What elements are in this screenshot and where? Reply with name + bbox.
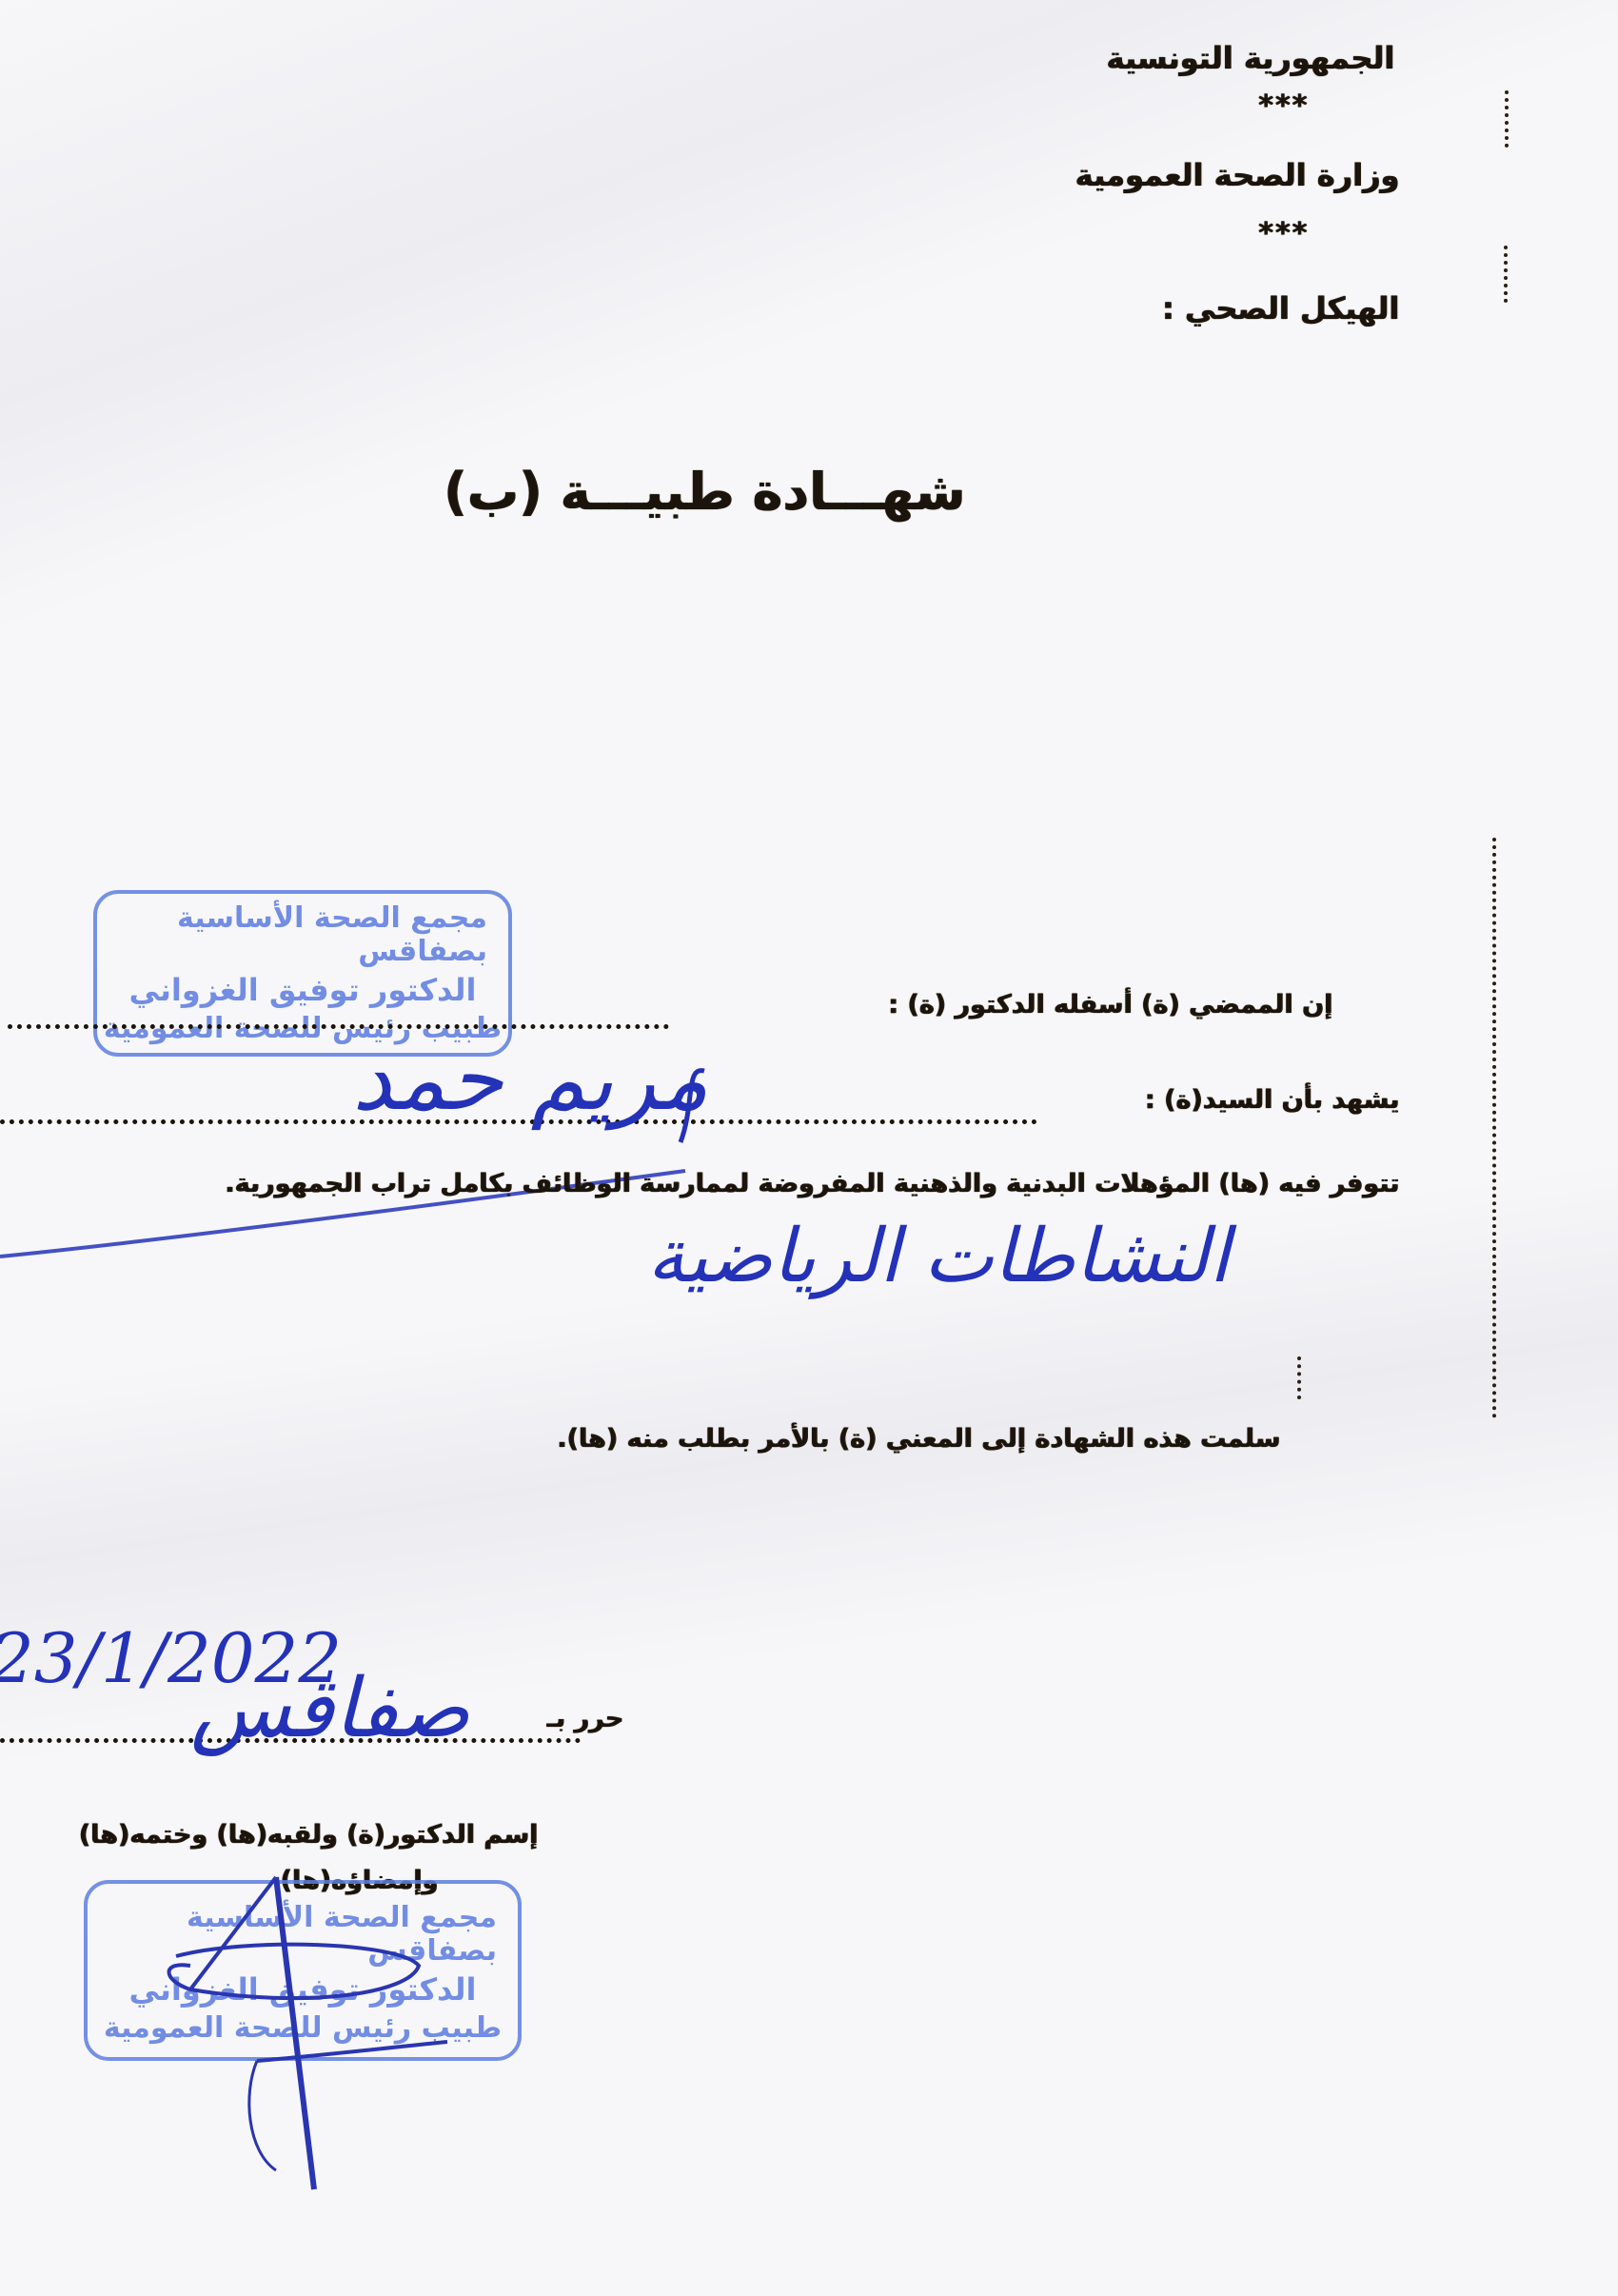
doctor-signature [0,0,1618,2296]
